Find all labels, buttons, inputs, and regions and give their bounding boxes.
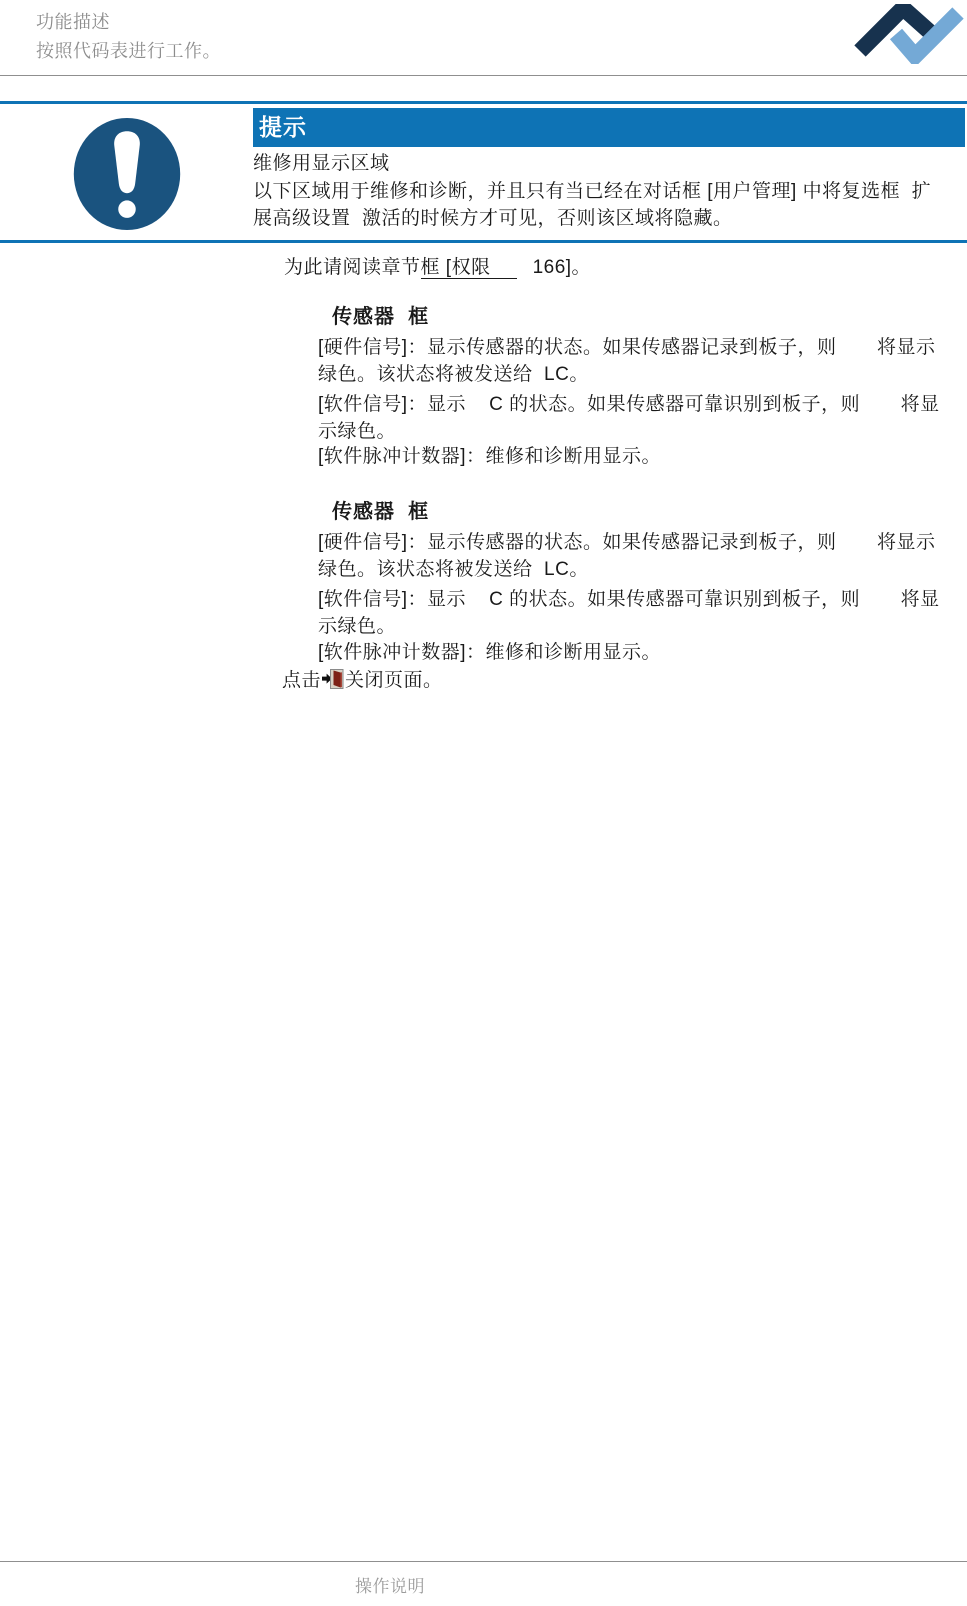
notice-title: 提示 [253, 108, 965, 147]
exit-door-icon [322, 668, 344, 690]
notice-top-rule [0, 101, 967, 104]
notice-body-line: 以下区域用于维修和诊断，并且只有当已经在对话框 [用户管理] 中将复选框 扩 [253, 178, 953, 205]
paragraph-pulse-counter: [软件脉冲计数器]：维修和诊断用显示。 [318, 443, 948, 470]
paragraph-software-signal: [软件信号]：显示 C 的状态。如果传感器可靠识别到板子，则 将显 示绿色。 [318, 586, 948, 640]
paragraph-line: [软件信号]：显示 C 的状态。如果传感器可靠识别到板子，则 将显 [318, 391, 948, 418]
notice-subject: 维修用显示区域 [253, 151, 390, 176]
notice-bottom-rule [0, 240, 967, 243]
doc-type-label: 功能描述 [36, 8, 110, 36]
close-page-line: 点击 关闭页面。 [282, 667, 443, 694]
paragraph-line: 示绿色。 [318, 613, 948, 640]
notice-body-line: 展高级设置 激活的时候方才可见，否则该区域将隐藏。 [253, 205, 953, 232]
footer-divider [0, 1561, 967, 1562]
header-divider [0, 75, 967, 76]
close-line-suffix: 关闭页面。 [345, 670, 443, 691]
paragraph-line: 绿色。该状态将被发送给 LC。 [318, 556, 948, 583]
notice-title-bar: 提示 [253, 108, 965, 147]
company-logo-check-icon [853, 4, 965, 64]
paragraph-line: [硬件信号]：显示传感器的状态。如果传感器记录到板子，则 将显示 [318, 529, 948, 556]
paragraph-pulse-counter: [软件脉冲计数器]：维修和诊断用显示。 [318, 639, 948, 666]
paragraph-hardware-signal: [硬件信号]：显示传感器的状态。如果传感器记录到板子，则 将显示 绿色。该状态将… [318, 529, 948, 583]
document-page: 功能描述 按照代码表进行工作。 提示 维修用显示区域 以下区域用于维修和诊断，并… [0, 0, 967, 1606]
crossref-prefix: 为此请阅读章节 [284, 257, 421, 278]
section-heading-sensor-frame: 传感器 框 [332, 304, 429, 330]
paragraph-software-signal: [软件信号]：显示 C 的状态。如果传感器可靠识别到板子，则 将显 示绿色。 [318, 391, 948, 445]
close-line-prefix: 点击 [282, 670, 321, 691]
paragraph-line: 绿色。该状态将被发送给 LC。 [318, 361, 948, 388]
crossref-line: 为此请阅读章节框 [权限166]。 [284, 255, 591, 281]
paragraph-line: [软件信号]：显示 C 的状态。如果传感器可靠识别到板子，则 将显 [318, 586, 948, 613]
paragraph-hardware-signal: [硬件信号]：显示传感器的状态。如果传感器记录到板子，则 将显示 绿色。该状态将… [318, 334, 948, 388]
paragraph-line: 示绿色。 [318, 418, 948, 445]
paragraph-line: [软件脉冲计数器]：维修和诊断用显示。 [318, 443, 948, 470]
paragraph-line: [软件脉冲计数器]：维修和诊断用显示。 [318, 639, 948, 666]
mandatory-exclamation-icon [70, 114, 184, 234]
footer-doc-label: 操作说明 [345, 1572, 435, 1597]
crossref-page: 166]。 [533, 257, 591, 278]
paragraph-line: [硬件信号]：显示传感器的状态。如果传感器记录到板子，则 将显示 [318, 334, 948, 361]
section-heading-sensor-frame: 传感器 框 [332, 499, 429, 525]
crossref-link[interactable]: 框 [权限 [421, 257, 517, 279]
doc-subtitle: 按照代码表进行工作。 [36, 37, 221, 65]
